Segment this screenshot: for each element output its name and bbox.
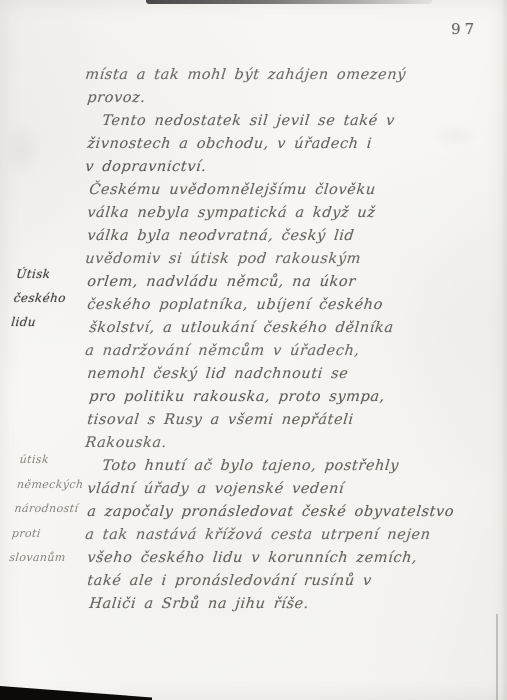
margin-note-utisk-nemeckych-narodnosti: útisk německých národností proti slovanů… bbox=[8, 448, 87, 571]
handwritten-line: českého poplatníka, ubíjení českého bbox=[86, 294, 488, 317]
handwritten-body-text: místa a tak mohl být zahájen omezený pro… bbox=[86, 64, 486, 616]
handwritten-line: provoz. bbox=[86, 87, 488, 110]
scan-artifact-corner-wedge bbox=[0, 686, 152, 700]
handwritten-line: Tento nedostatek sil jevil se také v bbox=[88, 110, 488, 133]
handwritten-line: také ale i pronásledování rusínů v bbox=[86, 570, 488, 593]
margin-note-line: německých bbox=[16, 473, 85, 498]
margin-note-line: slovanům bbox=[8, 546, 77, 571]
handwritten-line: a tak nastává křížová cesta utrpení neje… bbox=[84, 524, 488, 547]
scan-artifact-edge-line bbox=[496, 614, 498, 700]
handwritten-line: v dopravnictví. bbox=[84, 156, 488, 179]
handwritten-line: a započaly pronásledovat české obyvatels… bbox=[86, 501, 488, 524]
handwritten-line: uvědomiv si útisk pod rakouským bbox=[84, 248, 488, 271]
handwritten-line: školství, a utloukání českého dělníka bbox=[88, 317, 488, 340]
handwritten-line: Českému uvědomnělejšímu člověku bbox=[88, 179, 488, 202]
handwritten-line: válka nebyla sympatická a když už bbox=[86, 202, 488, 225]
paper-smudge bbox=[2, 120, 42, 180]
scan-artifact-top-band bbox=[146, 0, 432, 4]
handwritten-line: pro politiku rakouska, proto sympa, bbox=[88, 386, 488, 409]
handwritten-line: vládní úřady a vojenské vedení bbox=[86, 478, 488, 501]
handwritten-line: válka byla neodvratná, český lid bbox=[86, 225, 488, 248]
handwritten-line: orlem, nadvládu němců, na úkor bbox=[86, 271, 488, 294]
manuscript-page: 97 Útisk českého lidu útisk německých ná… bbox=[0, 0, 507, 700]
handwritten-line: nemohl český lid nadchnouti se bbox=[86, 363, 488, 386]
handwritten-line: Rakouska. bbox=[84, 432, 488, 455]
handwritten-line: Haliči a Srbů na jihu říše. bbox=[88, 593, 488, 616]
scan-artifact-edge-shade bbox=[501, 0, 507, 700]
handwritten-line: tisoval s Rusy a všemi nepřáteli bbox=[86, 409, 488, 432]
handwritten-line: a nadržování němcům v úřadech, bbox=[84, 340, 488, 363]
handwritten-line: živnostech a obchodu, v úřadech i bbox=[86, 133, 488, 156]
margin-note-line: útisk bbox=[18, 448, 87, 473]
margin-note-line: lidu bbox=[10, 310, 65, 334]
margin-note-line: proti bbox=[11, 522, 80, 547]
margin-note-utisk-ceskeho-lidu: Útisk českého lidu bbox=[10, 262, 70, 334]
margin-note-line: Útisk bbox=[15, 262, 70, 286]
margin-note-line: národností bbox=[13, 497, 82, 522]
handwritten-line: všeho českého lidu v korunních zemích, bbox=[86, 547, 488, 570]
page-number-stamp: 97 bbox=[451, 20, 478, 38]
handwritten-line: místa a tak mohl být zahájen omezený bbox=[84, 64, 488, 87]
handwritten-line: Toto hnutí ač bylo tajeno, postřehly bbox=[88, 455, 488, 478]
margin-note-line: českého bbox=[13, 286, 68, 310]
